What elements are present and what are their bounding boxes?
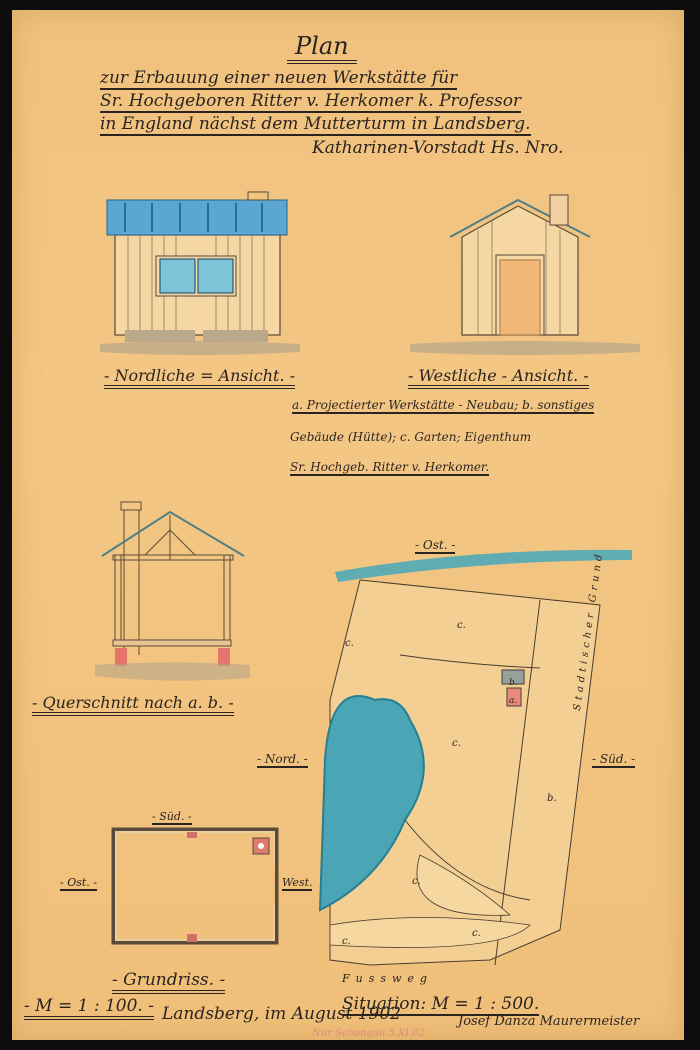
site-east-label: - Ost. -: [415, 538, 455, 554]
signature: Josef Danza Maurermeister: [458, 1014, 639, 1029]
west-elevation-label: - Westliche - Ansicht. -: [408, 366, 589, 389]
floor-plan-west-label: West.: [282, 876, 312, 891]
north-elevation-drawing: [100, 192, 300, 355]
floor-plan-south-label: - Süd. -: [152, 810, 192, 825]
floor-plan-label: - Grundriss. -: [112, 970, 225, 994]
legend-line-3: Sr. Hochgeb. Ritter v. Herkomer.: [290, 460, 489, 476]
drawings-canvas: [12, 10, 684, 1040]
floor-plan-east-label: - Ost. -: [60, 876, 97, 891]
north-elevation-label: - Nordliche = Ansicht. -: [104, 366, 295, 389]
floor-plan-drawing: [114, 830, 276, 942]
plot-label-c: c.: [342, 936, 351, 947]
plot-label-c: c.: [452, 738, 461, 749]
approval-stamp: Nur Schongau 5.XI.02: [312, 1028, 425, 1039]
plot-label-b: b.: [509, 678, 518, 688]
plot-label-c: c.: [457, 620, 466, 631]
plot-label-c: c.: [472, 928, 481, 939]
paper-sheet: Plan zur Erbauung einer neuen Werkstätte…: [12, 10, 684, 1040]
plot-label-c: c.: [412, 876, 421, 887]
plot-label-c: c.: [345, 638, 354, 649]
legend-line-1: a. Projectierter Werkstätte - Neubau; b.…: [292, 398, 594, 414]
floor-plan-scale: - M = 1 : 100. -: [24, 996, 154, 1020]
west-elevation-drawing: [410, 195, 640, 355]
legend-line-2: Gebäude (Hütte); c. Garten; Eigenthum: [290, 430, 531, 444]
cross-section-drawing: [95, 502, 250, 681]
place-date: Landsberg, im August 1902: [162, 1004, 401, 1024]
site-south-label: - Süd. -: [592, 752, 635, 768]
site-path-label: Fussweg: [342, 972, 433, 985]
plot-label-b: b.: [547, 793, 557, 804]
plot-label-a: a.: [509, 696, 517, 706]
site-north-label: - Nord. -: [257, 752, 308, 768]
cross-section-label: - Querschnitt nach a. b. -: [32, 693, 234, 716]
